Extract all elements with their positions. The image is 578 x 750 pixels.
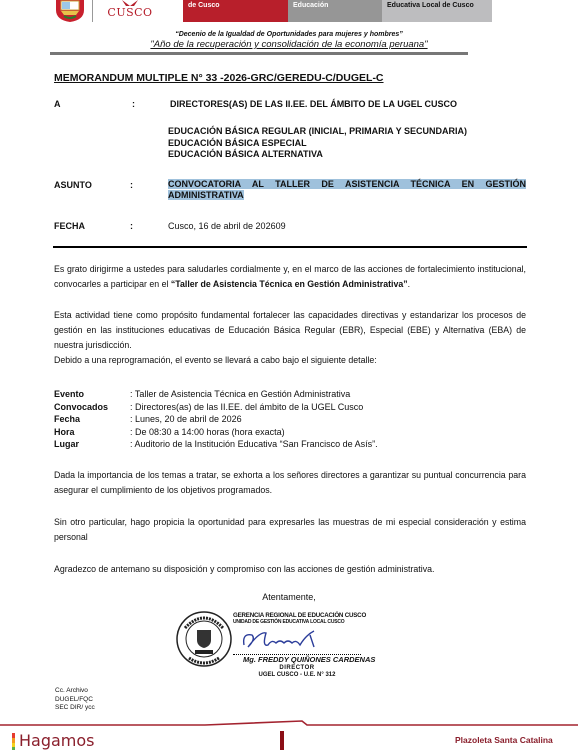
detail-key: Lugar (54, 438, 130, 451)
header-band-education: Educación (288, 0, 382, 22)
header-rule (50, 52, 468, 55)
date-value: Cusco, 16 de abril de 202609 (168, 221, 286, 231)
to-value: DIRECTORES(AS) DE LAS II.EE. DEL ÁMBITO … (170, 99, 457, 109)
to-level-ebe: EDUCACIÓN BÁSICA ESPECIAL (168, 138, 467, 150)
to-label: A (54, 99, 61, 109)
detail-place: Lugar: Auditorio de la Institución Educa… (54, 438, 378, 451)
intro-end: . (408, 279, 410, 289)
to-level-ebr: EDUCACIÓN BÁSICA REGULAR (INICIAL, PRIMA… (168, 126, 467, 138)
footer-address: Plazoleta Santa Catalina (455, 735, 553, 745)
cc-list: Cc. Archivo DUGEL/FQC SEC DIR/ ycc (55, 687, 95, 713)
footer-rule-icon (0, 715, 578, 727)
detail-value: : Lunes, 20 de abril de 2026 (130, 414, 242, 424)
detail-value: : Auditorio de la Institución Educativa … (130, 439, 378, 449)
signer-role: DIRECTOR (233, 665, 361, 671)
event-details: Evento: Taller de Asistencia Técnica en … (54, 388, 378, 451)
signature-org-line: GERENCIA REGIONAL DE EDUCACIÓN CUSCO (233, 612, 366, 619)
subject-highlight: CONVOCATORIA AL TALLER DE ASISTENCIA TÉC… (168, 179, 526, 200)
cc-item: DUGEL/FQC (55, 696, 95, 705)
paragraph-purpose: Esta actividad tiene como propósito fund… (54, 308, 526, 353)
decade-motto: “Decenio de la Igualdad de Oportunidades… (0, 31, 578, 38)
separator-rule (53, 246, 527, 248)
detail-value: : Directores(as) de las II.EE. del ámbit… (130, 402, 363, 412)
footer-divider (280, 731, 284, 750)
detail-value: : Taller de Asistencia Técnica en Gestió… (130, 389, 350, 399)
signer-unit: UGEL CUSCO - U.E. N° 312 (233, 672, 361, 678)
handwritten-signature-icon (240, 625, 320, 653)
gore-logo-text: CUSCO (100, 6, 160, 19)
subject-value: CONVOCATORIA AL TALLER DE ASISTENCIA TÉC… (168, 179, 526, 201)
subject-colon: : (130, 180, 133, 190)
paragraph-thanks: Agradezco de antemano su disposición y c… (54, 562, 526, 577)
workshop-name: “Taller de Asistencia Técnica en Gestión… (171, 279, 408, 289)
detail-value: : De 08:30 a 14:00 horas (hora exacta) (130, 427, 285, 437)
paragraph-reschedule: Debido a una reprogramación, el evento s… (54, 353, 526, 368)
subject-label: ASUNTO (54, 180, 92, 190)
detail-time: Hora: De 08:30 a 14:00 horas (hora exact… (54, 426, 378, 439)
date-colon: : (130, 221, 133, 231)
paragraph-exhort: Dada la importancia de los temas a trata… (54, 468, 526, 498)
to-level-eba: EDUCACIÓN BÁSICA ALTERNATIVA (168, 149, 467, 161)
color-stripe-icon (12, 733, 15, 750)
to-colon: : (132, 99, 135, 109)
cc-item: Cc. Archivo (55, 687, 95, 696)
detail-date: Fecha: Lunes, 20 de abril de 2026 (54, 413, 378, 426)
signer-name: Mg. FREDDY QUIÑONES CARDENAS (243, 655, 375, 664)
header-band-region: de Cusco (183, 0, 288, 22)
memo-title: MEMORANDUM MULTIPLE N° 33 -2026-GRC/GERE… (54, 72, 384, 84)
detail-key: Hora (54, 426, 130, 439)
detail-key: Fecha (54, 413, 130, 426)
detail-event: Evento: Taller de Asistencia Técnica en … (54, 388, 378, 401)
detail-key: Evento (54, 388, 130, 401)
detail-key: Convocados (54, 401, 130, 414)
header-band-ugel: Educativa Local de Cusco (382, 0, 492, 22)
date-label: FECHA (54, 221, 85, 231)
official-seal-icon (175, 610, 233, 668)
peru-coat-of-arms-icon (52, 0, 88, 22)
closing: Atentamente, (0, 592, 578, 602)
footer-slogan: Hagamos (19, 731, 95, 750)
header-divider (92, 0, 93, 22)
detail-invited: Convocados: Directores(as) de las II.EE.… (54, 401, 378, 414)
paragraph-intro: Es grato dirigirme a ustedes para saluda… (54, 262, 526, 292)
cc-item: SEC DIR/ ycc (55, 704, 95, 713)
year-motto: "Año de la recuperación y consolidación … (0, 39, 578, 50)
to-levels: EDUCACIÓN BÁSICA REGULAR (INICIAL, PRIMA… (168, 126, 467, 161)
paragraph-regards: Sin otro particular, hago propicia la op… (54, 515, 526, 545)
